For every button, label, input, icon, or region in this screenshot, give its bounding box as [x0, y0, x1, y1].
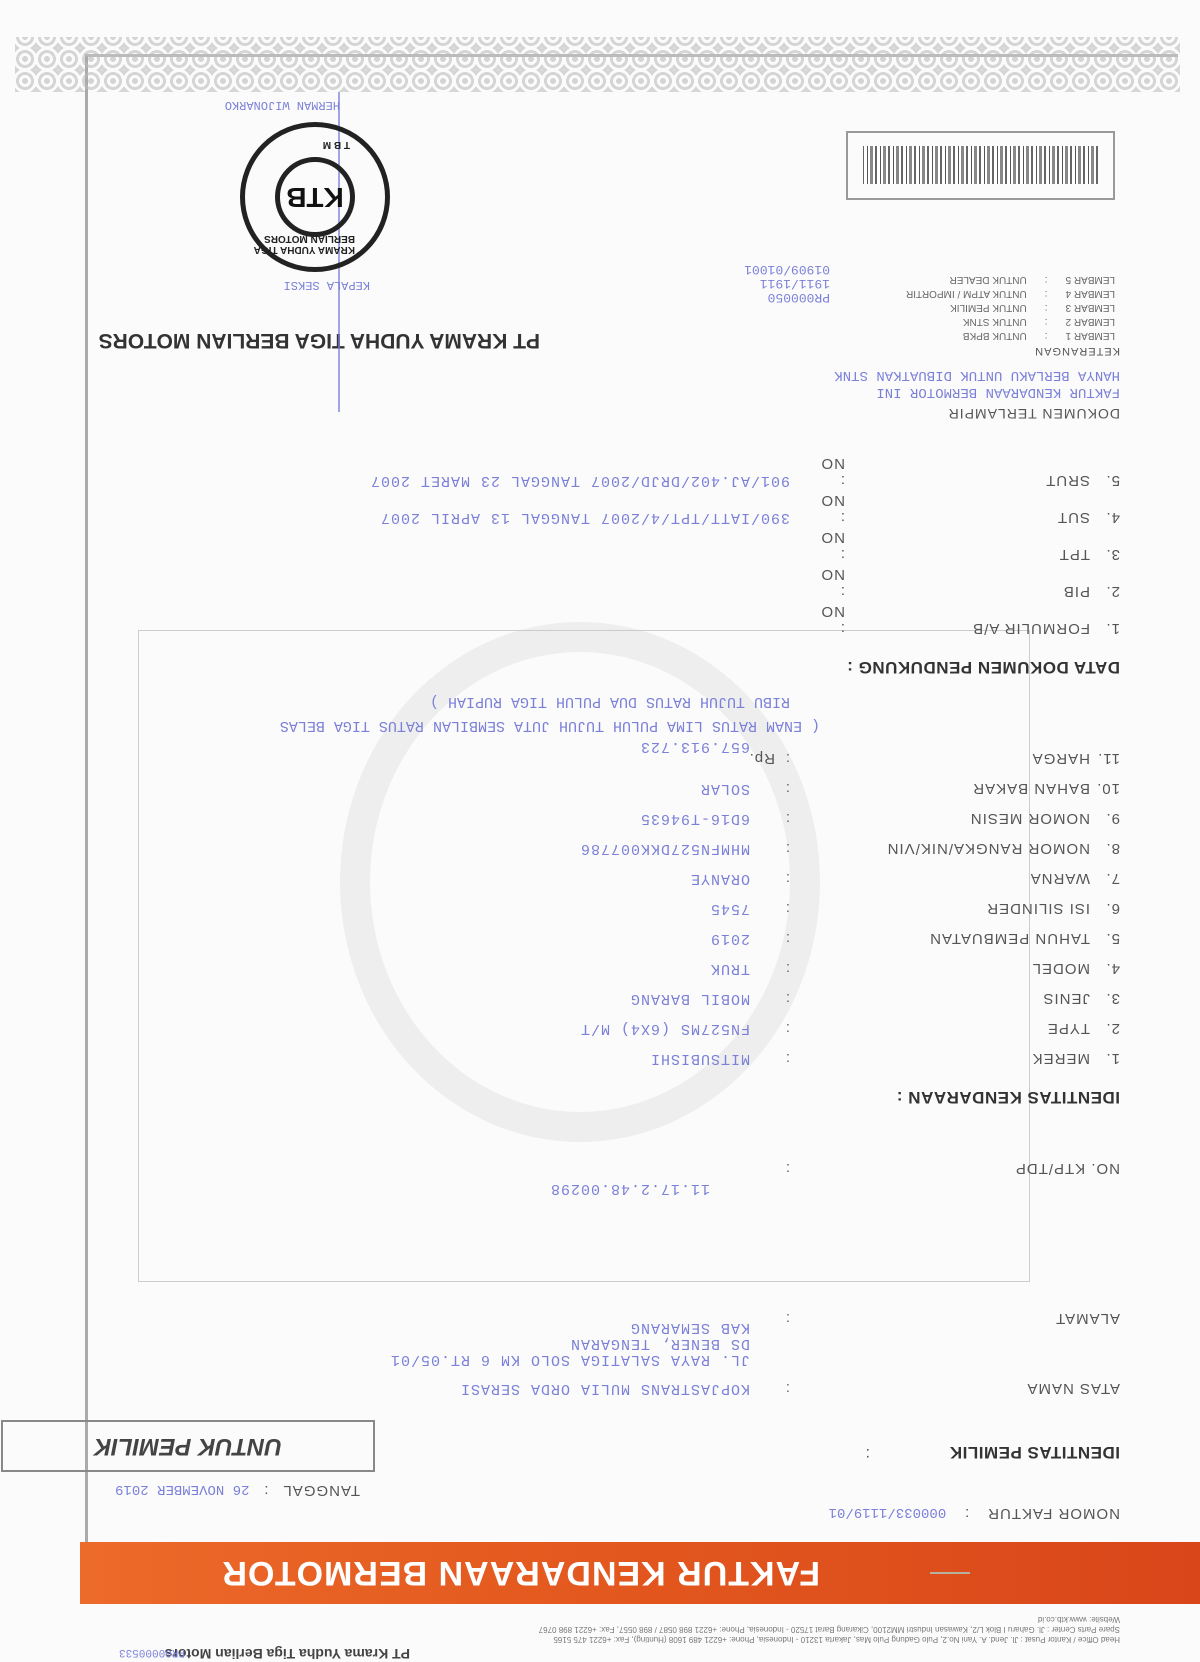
vehicle-field-row: 8.NOMOR RANGKA/NIK/VIN:MHMFN527DKK007786 [887, 840, 1120, 857]
signer-name: HERMAN WIJONARKO [225, 98, 340, 112]
vehicle-field-row: 1.MEREK:MITSUBISHI [1032, 1050, 1120, 1067]
field-value: MOBIL BARANG [630, 990, 750, 1007]
copy-item: LEMBAR 4:UNTUK ATPM / IMPORTIR [906, 286, 1115, 300]
field-value: ORANYE [690, 870, 750, 887]
owner-id-number: 11.17.2.48.00298 [550, 1180, 710, 1197]
field-number: 11. [1090, 750, 1120, 767]
field-value: 6D16-T94635 [640, 810, 750, 827]
copy-distribution-list: LEMBAR 1:UNTUK BPKBLEMBAR 2:UNTUK STNKLE… [906, 272, 1115, 342]
field-number: 4. [1090, 960, 1120, 977]
field-value: MITSUBISHI [650, 1050, 750, 1067]
barcode [863, 147, 1098, 185]
owner-address-row: ALAMAT : JL. RAYA SALATIGA SOLO KM 6 RT.… [1055, 1310, 1120, 1327]
vehicle-invoice-document: PT Krama Yudha Tiga Berlian Motors PR000… [0, 0, 1200, 1662]
copy-item: LEMBAR 3:UNTUK PEMILIK [906, 300, 1115, 314]
field-label: BAHAN BAKAR [972, 780, 1090, 797]
copy-item: LEMBAR 5:UNTUK DEALER [906, 272, 1115, 286]
vehicle-field-row: 9.NOMOR MESIN:6D16-T94635 [970, 810, 1120, 827]
field-value: SOLAR [700, 780, 750, 797]
document-row: 3.TPT: NO [1059, 546, 1120, 563]
company-name-header: PT Krama Yudha Tiga Berlian Motors [165, 1646, 410, 1662]
vehicle-field-row: 11.HARGA:Rp.657.913.723 [1032, 750, 1120, 767]
copy-designation-box: UNTUK PEMILIK [1, 1420, 375, 1472]
attached-documents-label: DOKUMEN TERLAMPIR [948, 406, 1120, 422]
field-value: FN527MS (6X4) M/T [580, 1020, 750, 1037]
document-row: 4.SUT: NO390/IATT/TPT/4/2007 TANGGAL 13 … [1057, 509, 1120, 526]
invoice-date-row: TANGGAL : 26 NOVEMBER 2019 [115, 1481, 360, 1499]
document-row: 2.PIB: NO [1063, 583, 1120, 600]
signer-company: PT KRAMA YUDHA TIGA BERLIAN MOTORS [99, 328, 540, 352]
field-label: NOMOR RANGKA/NIK/VIN [887, 840, 1090, 857]
owner-name: KOPJASTRANS MULIA ORDA SERASI [460, 1380, 750, 1397]
owner-name-row: ATAS NAMA : KOPJASTRANS MULIA ORDA SERAS… [1027, 1380, 1120, 1397]
signature-scribble [930, 1566, 970, 1574]
vehicle-field-row: 10.BAHAN BAKAR:SOLAR [972, 780, 1120, 797]
document-title: FAKTUR KENDARAAN BERMOTOR [221, 1554, 820, 1593]
invoice-date: 26 NOVEMBER 2019 [115, 1481, 249, 1497]
field-label: MEREK [1032, 1050, 1090, 1067]
doc-number: 5. [1090, 472, 1120, 489]
doc-number: 3. [1090, 546, 1120, 563]
field-number: 5. [1090, 930, 1120, 947]
doc-number: 1. [1090, 620, 1120, 637]
copy-item: LEMBAR 2:UNTUK STNK [906, 314, 1115, 328]
stamp-logo: KTB [275, 157, 355, 237]
field-value: 7545 [710, 900, 750, 917]
currency-prefix: Rp. [749, 750, 775, 767]
field-label: MODEL [1032, 960, 1090, 977]
doc-label: TPT [1059, 546, 1090, 563]
invoice-number: 000033/1119/01 [829, 1504, 947, 1520]
field-number: 2. [1090, 1020, 1120, 1037]
document-row: 5.SRUT: NO901/AJ.402/DRJD/2007 TANGGAL 2… [1045, 472, 1120, 489]
field-label: TAHUN PEMBUATAN [929, 930, 1090, 947]
doc-label: PIB [1063, 583, 1090, 600]
vehicle-field-row: 7.WARNA:ORANYE [1030, 870, 1120, 887]
field-label: JENIS [1042, 990, 1090, 1007]
field-value: TRUK [710, 960, 750, 977]
price-in-words: ( ENAM RATUS LIMA PULUH TUJUH JUTA SEMBI… [120, 689, 1120, 737]
field-number: 8. [1090, 840, 1120, 857]
vehicle-field-row: 5.TAHUN PEMBUATAN:2019 [929, 930, 1120, 947]
doc-label: SUT [1057, 509, 1090, 526]
doc-label: SRUT [1045, 472, 1090, 489]
reference-codes: PR000050 1911/1911 01909/01001 [744, 262, 830, 304]
field-number: 10. [1090, 780, 1120, 797]
field-label: ISI SILINDER [986, 900, 1090, 917]
company-address: Head Office / Kantor Pusat : Jl. Jend. A… [70, 1614, 1120, 1644]
signer-title: KEPALA SEKSI [284, 278, 370, 292]
doc-number: 4. [1090, 509, 1120, 526]
field-number: 3. [1090, 990, 1120, 1007]
field-number: 1. [1090, 1050, 1120, 1067]
field-value: 657.913.723 [640, 738, 750, 755]
doc-value: 901/AJ.402/DRJD/2007 TANGGAL 23 MARET 20… [370, 472, 790, 489]
doc-number: 2. [1090, 583, 1120, 600]
validity-note: FAKTUR KENDARAAN BERMOTOR INI HANYA BERL… [834, 366, 1120, 400]
field-value: MHMFN527DKK007786 [580, 840, 750, 857]
barcode-box [846, 131, 1115, 200]
documents-section-title: DATA DOKUMEN PENDUKUNG : [847, 657, 1120, 677]
invoice-number-row: NOMOR FAKTUR : 000033/1119/01 [829, 1504, 1120, 1522]
vehicle-field-row: 6.ISI SILINDER:7545 [986, 900, 1120, 917]
vehicle-field-row: 3.JENIS:MOBIL BARANG [1042, 990, 1120, 1007]
vehicle-field-row: 4.MODEL:TRUK [1032, 960, 1120, 977]
remarks-label: KETERANGAN [1034, 345, 1120, 357]
document-row: 1.FORMULIR A/B: NO [972, 620, 1120, 637]
field-number: 6. [1090, 900, 1120, 917]
copy-item: LEMBAR 1:UNTUK BPKB [906, 328, 1115, 342]
vehicle-section-title: IDENTITAS KENDARAAN : [896, 1087, 1120, 1107]
company-stamp: KRAMA YUDHA TIGA BERLIAN MOTORS KTB T B … [240, 122, 390, 272]
field-label: WARNA [1030, 870, 1090, 887]
owner-id-row: NO. KTP/TDP : 11.17.2.48.00298 [1015, 1160, 1120, 1177]
doc-value: 390/IATT/TPT/4/2007 TANGGAL 13 APRIL 200… [380, 509, 790, 526]
field-label: NOMOR MESIN [970, 810, 1090, 827]
field-value: 2019 [710, 930, 750, 947]
owner-address: JL. RAYA SALATIGA SOLO KM 6 RT.05/01 DS … [390, 1319, 750, 1367]
decorative-border [15, 37, 1180, 92]
stamp-ring-text: KRAMA YUDHA TIGA BERLIAN MOTORS [245, 233, 355, 255]
field-label: TYPE [1047, 1020, 1090, 1037]
doc-label: FORMULIR A/B [972, 620, 1090, 637]
owner-section-title: IDENTITAS PEMILIK [949, 1442, 1120, 1462]
field-label: HARGA [1032, 750, 1090, 767]
document-code: PR00000533 [119, 1646, 185, 1658]
field-number: 9. [1090, 810, 1120, 827]
field-number: 7. [1090, 870, 1120, 887]
document-title-bar: FAKTUR KENDARAAN BERMOTOR [80, 1542, 1200, 1604]
vehicle-field-row: 2.TYPE:FN527MS (6X4) M/T [1047, 1020, 1120, 1037]
